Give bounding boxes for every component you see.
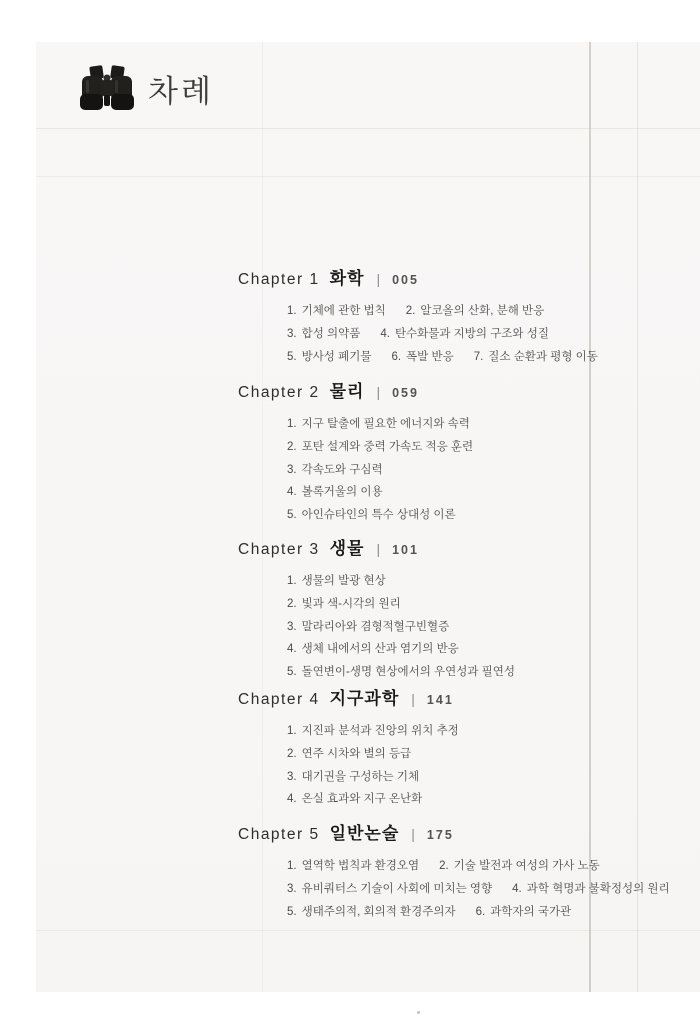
toc-item: 2.연주 시차와 별의 등급 xyxy=(287,743,411,766)
chapter-title: 지구과학 xyxy=(330,688,400,710)
toc-item-line: 4.볼록거울의 이용 xyxy=(287,481,698,504)
toc-item-number: 7. xyxy=(474,346,484,369)
chapter-separator: | xyxy=(376,381,380,403)
toc-item-number: 3. xyxy=(287,323,297,346)
toc-item-line: 2.포탄 설계와 중력 가속도 적응 훈련 xyxy=(287,436,698,459)
toc-item-number: 4. xyxy=(380,323,390,346)
toc-item: 6.폭발 반응 xyxy=(391,346,453,369)
toc-item-number: 5. xyxy=(287,901,297,924)
toc-item-line: 3.대기권을 구성하는 기체 xyxy=(287,766,698,789)
toc-item-line: 1.지구 탈출에 필요한 에너지와 속력 xyxy=(287,413,698,436)
toc-item-number: 1. xyxy=(287,413,297,436)
chapter-label: Chapter 3 xyxy=(238,539,320,561)
chapter-title: 화학 xyxy=(330,268,365,290)
toc-item-line: 1.기체에 관한 법칙2.알코올의 산화, 분해 반응 xyxy=(287,300,698,323)
toc-item-title: 열역학 법칙과 환경오염 xyxy=(302,855,419,878)
toc-header: 차례 xyxy=(80,64,214,112)
chapter-section-1: Chapter 1화학|0051.기체에 관한 법칙2.알코올의 산화, 분해 … xyxy=(238,268,698,368)
chapter-label: Chapter 5 xyxy=(238,824,320,846)
chapter-section-4: Chapter 4지구과학|1411.지진파 분석과 진앙의 위치 추정2.연주… xyxy=(238,688,698,811)
toc-item-line: 2.연주 시차와 별의 등급 xyxy=(287,743,698,766)
chapter-separator: | xyxy=(376,268,380,290)
toc-item-title: 각속도와 구심력 xyxy=(302,459,383,482)
toc-item-number: 2. xyxy=(287,593,297,616)
toc-item-title: 돌연변이-생명 현상에서의 우연성과 필연성 xyxy=(302,661,515,684)
toc-item: 5.아인슈타인의 특수 상대성 이론 xyxy=(287,504,456,527)
toc-item-number: 4. xyxy=(287,788,297,811)
toc-item: 5.생태주의적, 회의적 환경주의자 xyxy=(287,901,456,924)
toc-item-line: 4.온실 효과와 지구 온난화 xyxy=(287,788,698,811)
chapter-section-2: Chapter 2물리|0591.지구 탈출에 필요한 에너지와 속력2.포탄 … xyxy=(238,381,698,527)
chapter-items: 1.생물의 발광 현상2.빛과 색-시각의 원리3.말라리아와 겸형적혈구빈혈증… xyxy=(287,570,698,684)
toc-item-line: 3.각속도와 구심력 xyxy=(287,459,698,482)
toc-item-title: 대기권을 구성하는 기체 xyxy=(302,766,419,789)
page-title: 차례 xyxy=(148,66,214,111)
toc-item-line: 1.지진파 분석과 진앙의 위치 추정 xyxy=(287,720,698,743)
toc-item-line: 5.돌연변이-생명 현상에서의 우연성과 필연성 xyxy=(287,661,698,684)
toc-item-title: 합성 의약품 xyxy=(302,323,361,346)
chapter-items: 1.지진파 분석과 진앙의 위치 추정2.연주 시차와 별의 등급3.대기권을 … xyxy=(287,720,698,811)
toc-item: 3.유비쿼터스 기술이 사회에 미치는 영향 xyxy=(287,878,492,901)
toc-item-title: 생체 내에서의 산과 염기의 반응 xyxy=(302,638,459,661)
toc-item-title: 기체에 관한 법칙 xyxy=(302,300,386,323)
chapter-items: 1.열역학 법칙과 환경오염2.기술 발전과 여성의 가사 노동3.유비쿼터스 … xyxy=(287,855,698,923)
toc-item-number: 6. xyxy=(391,346,401,369)
toc-item-title: 아인슈타인의 특수 상대성 이론 xyxy=(302,504,456,527)
scan-speck xyxy=(417,1011,420,1014)
chapter-header: Chapter 5일반논술|175 xyxy=(238,823,698,846)
toc-item-line: 3.말라리아와 겸형적혈구빈혈증 xyxy=(287,616,698,639)
chapter-separator: | xyxy=(376,538,380,560)
toc-item: 7.질소 순환과 평형 이동 xyxy=(474,346,598,369)
toc-item-title: 생태주의적, 회의적 환경주의자 xyxy=(302,901,456,924)
toc-item: 4.볼록거울의 이용 xyxy=(287,481,383,504)
chapter-label: Chapter 4 xyxy=(238,689,320,711)
toc-item-title: 말라리아와 겸형적혈구빈혈증 xyxy=(302,616,450,639)
chapter-items: 1.기체에 관한 법칙2.알코올의 산화, 분해 반응3.합성 의약품4.탄수화… xyxy=(287,300,698,368)
toc-item-number: 4. xyxy=(287,481,297,504)
toc-item: 5.방사성 폐기물 xyxy=(287,346,371,369)
toc-item-number: 4. xyxy=(287,638,297,661)
toc-item-title: 지구 탈출에 필요한 에너지와 속력 xyxy=(302,413,470,436)
toc-item-number: 2. xyxy=(287,743,297,766)
toc-item-title: 유비쿼터스 기술이 사회에 미치는 영향 xyxy=(302,878,493,901)
toc-item-title: 온실 효과와 지구 온난화 xyxy=(302,788,423,811)
toc-item-title: 탄수화물과 지방의 구조와 성질 xyxy=(395,323,549,346)
chapter-title: 물리 xyxy=(330,381,365,403)
chapter-header: Chapter 3생물|101 xyxy=(238,538,698,561)
toc-item-line: 3.합성 의약품4.탄수화물과 지방의 구조와 성질 xyxy=(287,323,698,346)
toc-item: 1.기체에 관한 법칙 xyxy=(287,300,386,323)
toc-item: 4.생체 내에서의 산과 염기의 반응 xyxy=(287,638,459,661)
chapter-items: 1.지구 탈출에 필요한 에너지와 속력2.포탄 설계와 중력 가속도 적응 훈… xyxy=(287,413,698,527)
toc-item-title: 과학 혁명과 불확정성의 원리 xyxy=(527,878,670,901)
toc-item-title: 기술 발전과 여성의 가사 노동 xyxy=(454,855,600,878)
toc-item-line: 1.열역학 법칙과 환경오염2.기술 발전과 여성의 가사 노동 xyxy=(287,855,698,878)
toc-item-line: 2.빛과 색-시각의 원리 xyxy=(287,593,698,616)
toc-item-title: 볼록거울의 이용 xyxy=(302,481,383,504)
toc-item-line: 5.아인슈타인의 특수 상대성 이론 xyxy=(287,504,698,527)
chapter-label: Chapter 1 xyxy=(238,269,320,291)
toc-item: 3.대기권을 구성하는 기체 xyxy=(287,766,419,789)
chapter-separator: | xyxy=(411,823,415,845)
chapter-label: Chapter 2 xyxy=(238,382,320,404)
chapter-title: 일반논술 xyxy=(330,823,400,845)
chapter-section-3: Chapter 3생물|1011.생물의 발광 현상2.빛과 색-시각의 원리3… xyxy=(238,538,698,684)
toc-item-number: 1. xyxy=(287,720,297,743)
toc-item-number: 2. xyxy=(406,300,416,323)
toc-item-title: 알코올의 산화, 분해 반응 xyxy=(420,300,544,323)
toc-item-number: 1. xyxy=(287,570,297,593)
toc-item: 6.과학자의 국가관 xyxy=(476,901,572,924)
toc-item-number: 1. xyxy=(287,300,297,323)
toc-item: 4.탄수화물과 지방의 구조와 성질 xyxy=(380,323,549,346)
toc-item: 2.알코올의 산화, 분해 반응 xyxy=(406,300,544,323)
toc-item-number: 5. xyxy=(287,661,297,684)
toc-item-number: 5. xyxy=(287,346,297,369)
toc-item-title: 질소 순환과 평형 이동 xyxy=(488,346,598,369)
toc-item: 1.지구 탈출에 필요한 에너지와 속력 xyxy=(287,413,470,436)
toc-item-number: 3. xyxy=(287,616,297,639)
toc-item-title: 지진파 분석과 진앙의 위치 추정 xyxy=(302,720,459,743)
toc-item: 2.빛과 색-시각의 원리 xyxy=(287,593,401,616)
toc-item-line: 4.생체 내에서의 산과 염기의 반응 xyxy=(287,638,698,661)
toc-item-number: 3. xyxy=(287,766,297,789)
toc-item-number: 3. xyxy=(287,878,297,901)
toc-item-number: 6. xyxy=(476,901,486,924)
chapter-header: Chapter 2물리|059 xyxy=(238,381,698,404)
scanned-toc-page: 차례 Chapter 1화학|0051.기체에 관한 법칙2.알코올의 산화, … xyxy=(0,0,700,1021)
toc-item: 1.열역학 법칙과 환경오염 xyxy=(287,855,419,878)
chapter-page-number: 101 xyxy=(392,539,419,561)
chapter-page-number: 005 xyxy=(392,269,419,291)
chapter-title: 생물 xyxy=(330,538,365,560)
toc-item: 1.지진파 분석과 진앙의 위치 추정 xyxy=(287,720,459,743)
toc-item-line: 5.생태주의적, 회의적 환경주의자6.과학자의 국가관 xyxy=(287,901,698,924)
toc-item: 4.과학 혁명과 불확정성의 원리 xyxy=(512,878,670,901)
toc-item: 3.말라리아와 겸형적혈구빈혈증 xyxy=(287,616,449,639)
chapter-page-number: 059 xyxy=(392,382,419,404)
toc-item-number: 4. xyxy=(512,878,522,901)
toc-item: 2.포탄 설계와 중력 가속도 적응 훈련 xyxy=(287,436,473,459)
binoculars-icon xyxy=(80,64,134,112)
chapter-page-number: 141 xyxy=(427,689,454,711)
toc-item-line: 1.생물의 발광 현상 xyxy=(287,570,698,593)
toc-item-number: 1. xyxy=(287,855,297,878)
book-page: 차례 Chapter 1화학|0051.기체에 관한 법칙2.알코올의 산화, … xyxy=(36,42,700,992)
toc-item: 2.기술 발전과 여성의 가사 노동 xyxy=(439,855,600,878)
toc-item-number: 2. xyxy=(287,436,297,459)
toc-item-title: 폭발 반응 xyxy=(406,346,454,369)
toc-item-title: 생물의 발광 현상 xyxy=(302,570,386,593)
chapter-page-number: 175 xyxy=(427,824,454,846)
toc-item: 3.각속도와 구심력 xyxy=(287,459,383,482)
toc-item-title: 연주 시차와 별의 등급 xyxy=(302,743,412,766)
toc-item-title: 방사성 폐기물 xyxy=(302,346,372,369)
chapter-separator: | xyxy=(411,688,415,710)
chapter-section-5: Chapter 5일반논술|1751.열역학 법칙과 환경오염2.기술 발전과 … xyxy=(238,823,698,923)
chapter-header: Chapter 4지구과학|141 xyxy=(238,688,698,711)
toc-item: 1.생물의 발광 현상 xyxy=(287,570,386,593)
chapter-header: Chapter 1화학|005 xyxy=(238,268,698,291)
toc-item-line: 5.방사성 폐기물6.폭발 반응7.질소 순환과 평형 이동 xyxy=(287,346,698,369)
toc-item-number: 3. xyxy=(287,459,297,482)
toc-item: 3.합성 의약품 xyxy=(287,323,360,346)
chapter-list: Chapter 1화학|0051.기체에 관한 법칙2.알코올의 산화, 분해 … xyxy=(238,42,698,992)
toc-item-line: 3.유비쿼터스 기술이 사회에 미치는 영향4.과학 혁명과 불확정성의 원리 xyxy=(287,878,698,901)
toc-item: 5.돌연변이-생명 현상에서의 우연성과 필연성 xyxy=(287,661,515,684)
toc-item-title: 과학자의 국가관 xyxy=(490,901,571,924)
toc-item: 4.온실 효과와 지구 온난화 xyxy=(287,788,422,811)
toc-item-title: 빛과 색-시각의 원리 xyxy=(302,593,401,616)
toc-item-title: 포탄 설계와 중력 가속도 적응 훈련 xyxy=(302,436,474,459)
toc-item-number: 5. xyxy=(287,504,297,527)
toc-item-number: 2. xyxy=(439,855,449,878)
